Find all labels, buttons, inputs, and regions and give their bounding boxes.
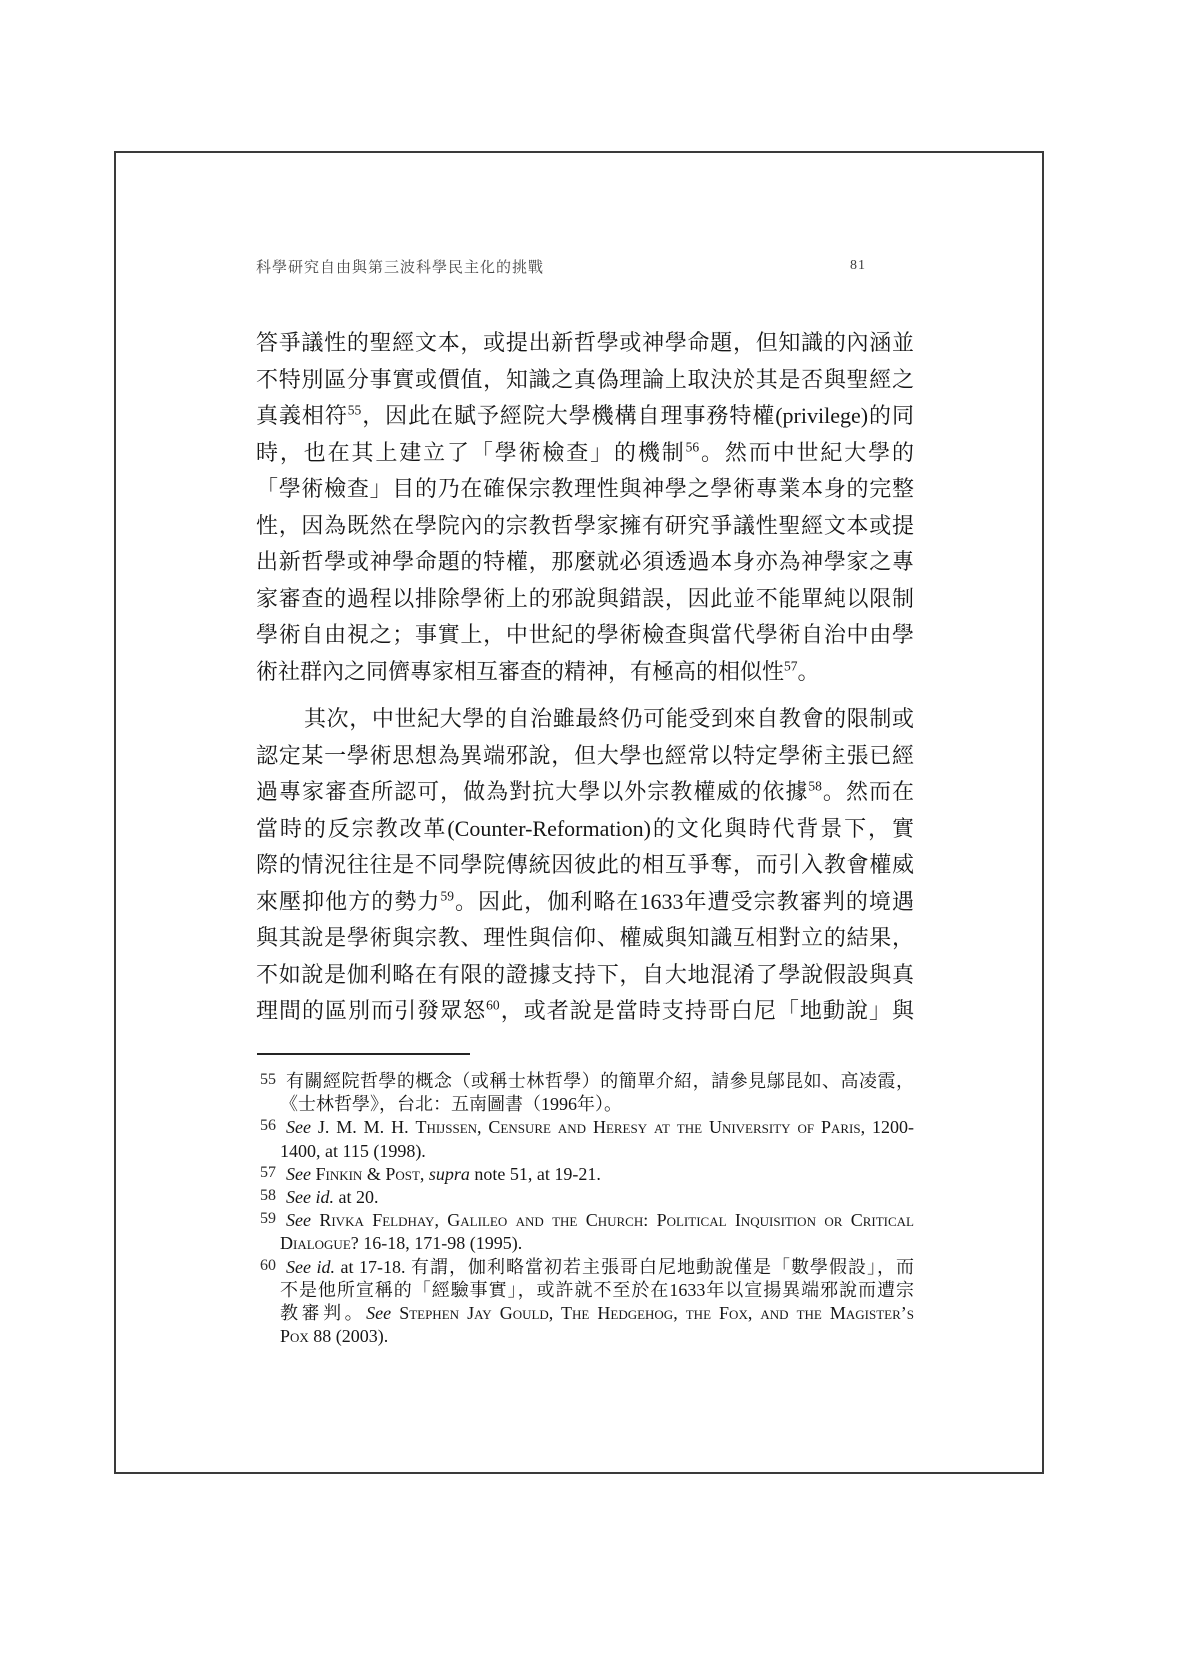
text-segment: See (366, 1303, 391, 1323)
footnote-line: 1400, at 115 (1998). (280, 1140, 914, 1163)
text-segment: 年遭受宗教審判的境遇 (683, 889, 914, 914)
text-segment: 「學術檢查」目的乃在確保宗教理性與神學之學術專業本身的完整 (256, 476, 914, 501)
footnote-number: 56 (260, 1117, 276, 1135)
footnote-line: See J. M. M. H. Thijssen, Censure and He… (280, 1116, 914, 1139)
text-segment: 有關經院哲學的概念（或稱士林哲學）的簡單介紹，請參見鄔昆如、高凌霞， (286, 1071, 914, 1091)
body-line: 「學術檢查」目的乃在確保宗教理性與神學之學術專業本身的完整 (256, 471, 914, 508)
body-line: 不特別區分事實或價值，知識之真偽理論上取決於其是否與聖經之 (256, 362, 914, 399)
text-segment: 。因此，伽利略在 (454, 889, 640, 914)
text-segment: 的同 (868, 403, 914, 428)
text-segment: at 17-18. (335, 1257, 411, 1277)
text-segment: 教審判。 (280, 1303, 366, 1323)
body-line: 術社群內之同儕專家相互審查的精神，有極高的相似性57。 (256, 654, 914, 691)
text-segment: See (286, 1164, 311, 1184)
footnote-number: 59 (260, 1210, 276, 1228)
text-segment: See id. (286, 1257, 335, 1277)
footnote-separator (257, 1053, 470, 1055)
text-segment: 時，也在其上建立了「學術檢查」的機制 (256, 440, 686, 465)
body-line: 出新哲學或神學命題的特權，那麼就必須透過本身亦為神學家之專 (256, 544, 914, 581)
body-line: 來壓抑他方的勢力59。因此，伽利略在1633年遭受宗教審判的境遇 (256, 884, 914, 921)
text-segment: 學術自由視之；事實上，中世紀的學術檢查與當代學術自治中由學 (256, 622, 914, 647)
footnote-ref: 58 (808, 779, 822, 794)
text-segment: 認定某一學術思想為異端邪說，但大學也經常以特定學術主張已經 (256, 743, 914, 768)
footnote-number: 58 (260, 1187, 276, 1205)
text-segment: 真義相符 (256, 403, 348, 428)
text-segment: (privilege) (775, 403, 868, 428)
text-segment: at 20. (334, 1187, 379, 1207)
text-segment: Rivka Feldhay, Galileo and the Church: P… (319, 1210, 914, 1230)
footnote-line: Dialogue? 16-18, 171-98 (1995). (280, 1232, 914, 1255)
text-segment: 來壓抑他方的勢力 (256, 889, 440, 914)
text-segment: 年以宣揚異端邪說而遭宗 (705, 1280, 914, 1300)
text-segment: 與其說是學術與宗教、理性與信仰、權威與知識互相對立的結果， (256, 925, 914, 950)
text-segment: 年）。 (577, 1094, 622, 1114)
footnote-line: 《士林哲學》，台北：五南圖書（1996年）。 (280, 1093, 914, 1116)
text-segment: 答爭議性的聖經文本，或提出新哲學或神學命題，但知識的內涵並 (256, 330, 914, 355)
footnote-item: 59See Rivka Feldhay, Galileo and the Chu… (258, 1209, 914, 1255)
body-line: 時，也在其上建立了「學術檢查」的機制56。然而中世紀大學的 (256, 435, 914, 472)
text-segment: 1633 (639, 889, 683, 914)
text-segment: 家審查的過程以排除學術上的邪說與錯誤，因此並不能單純以限制 (256, 586, 914, 611)
footnote-ref: 55 (348, 403, 362, 418)
body-line: 學術自由視之；事實上，中世紀的學術檢查與當代學術自治中由學 (256, 617, 914, 654)
text-segment: See (286, 1210, 311, 1230)
text-segment: 不是他所宣稱的「經驗事實」，或許就不至於在 (280, 1280, 669, 1300)
footnote-line: See id. at 17-18. 有謂，伽利略當初若主張哥白尼地動說僅是「數學… (280, 1256, 914, 1279)
body-line: 性，因為既然在學院內的宗教哲學家擁有研究爭議性聖經文本或提 (256, 508, 914, 545)
footnote-item: 57See Finkin & Post, supra note 51, at 1… (258, 1163, 914, 1186)
text-segment: 出新哲學或神學命題的特權，那麼就必須透過本身亦為神學家之專 (256, 549, 914, 574)
text-segment: 不特別區分事實或價值，知識之真偽理論上取決於其是否與聖經之 (256, 367, 914, 392)
footnote-line: 教審判。See Stephen Jay Gould, The Hedgehog,… (280, 1302, 914, 1325)
text-segment: Thijssen, Censure and Heresy at the Univ… (415, 1117, 860, 1137)
footnote-item: 58See id. at 20. (258, 1186, 914, 1209)
body-line: 理間的區別而引發眾怒60，或者說是當時支持哥白尼「地動說」與 (256, 993, 914, 1030)
footnote-ref: 56 (686, 439, 700, 454)
footnotes: 55有關經院哲學的概念（或稱士林哲學）的簡單介紹，請參見鄔昆如、高凌霞，《士林哲… (258, 1070, 914, 1348)
body-line: 不如說是伽利略在有限的證據支持下，自大地混淆了學說假設與真 (256, 957, 914, 994)
body-line: 家審查的過程以排除學術上的邪說與錯誤，因此並不能單純以限制 (256, 581, 914, 618)
footnote-line: 有關經院哲學的概念（或稱士林哲學）的簡單介紹，請參見鄔昆如、高凌霞， (280, 1070, 914, 1093)
text-segment: 。 (798, 659, 820, 684)
text-segment: Stephen Jay Gould, The Hedgehog, the Fox… (399, 1303, 914, 1323)
text-segment: (Counter-Reformation) (447, 816, 651, 841)
text-segment: 理間的區別而引發眾怒 (256, 998, 486, 1023)
text-segment: 《士林哲學》，台北：五南圖書（ (280, 1094, 541, 1114)
text-segment: 1400, at 115 (1998). (280, 1141, 426, 1161)
footnote-line: See Rivka Feldhay, Galileo and the Churc… (280, 1209, 914, 1232)
body-paragraph: 答爭議性的聖經文本，或提出新哲學或神學命題，但知識的內涵並不特別區分事實或價值，… (256, 325, 914, 690)
text-segment: 。然而中世紀大學的 (699, 440, 914, 465)
text-segment: 。然而在 (822, 779, 914, 804)
footnote-ref: 57 (784, 658, 798, 673)
text-segment: ，因此在賦予經院大學機構自理事務特權 (361, 403, 775, 428)
footnote-ref: 60 (486, 998, 500, 1013)
text-segment: 性，因為既然在學院內的宗教哲學家擁有研究爭議性聖經文本或提 (256, 513, 914, 538)
text-segment: ，或者說是當時支持哥白尼「地動說」與 (500, 998, 914, 1023)
footnote-number: 57 (260, 1164, 276, 1182)
text-segment: 16-18, 171-98 (1995). (359, 1233, 522, 1253)
footnote-item: 60See id. at 17-18. 有謂，伽利略當初若主張哥白尼地動說僅是「… (258, 1256, 914, 1349)
footnote-number: 55 (260, 1071, 276, 1089)
text-segment: 過專家審查所認可，做為對抗大學以外宗教權威的依據 (256, 779, 808, 804)
text-segment: 不如說是伽利略在有限的證據支持下，自大地混淆了學說假設與真 (256, 962, 914, 987)
text-segment: 1633 (669, 1280, 705, 1300)
text-segment: 術社群內之同儕專家相互審查的精神，有極高的相似性 (256, 659, 784, 684)
footnote-line: See Finkin & Post, supra note 51, at 19-… (280, 1163, 914, 1186)
footnote-number: 60 (260, 1257, 276, 1275)
body-paragraph: 其次，中世紀大學的自治雖最終仍可能受到來自教會的限制或認定某一學術思想為異端邪說… (256, 701, 914, 1030)
running-header: 科學研究自由與第三波科學民主化的挑戰 (256, 256, 544, 277)
page-number: 81 (850, 258, 866, 274)
text-segment: 88 (2003). (309, 1326, 389, 1346)
footnote-ref: 59 (440, 888, 454, 903)
text-segment: 其次，中世紀大學的自治雖最終仍可能受到來自教會的限制或 (304, 706, 914, 731)
text-segment: 1996 (541, 1094, 577, 1114)
footnote-item: 56See J. M. M. H. Thijssen, Censure and … (258, 1116, 914, 1162)
body-line: 認定某一學術思想為異端邪說，但大學也經常以特定學術主張已經 (256, 738, 914, 775)
text-segment: J. M. M. H. (311, 1117, 415, 1137)
text-segment: 的文化與時代背景下，實 (651, 816, 914, 841)
text-segment: Dialogue? (280, 1233, 359, 1253)
body-line: 過專家審查所認可，做為對抗大學以外宗教權威的依據58。然而在 (256, 774, 914, 811)
text-segment (391, 1303, 399, 1323)
text-segment: note 51, at 19-21. (470, 1164, 601, 1184)
body-line: 答爭議性的聖經文本，或提出新哲學或神學命題，但知識的內涵並 (256, 325, 914, 362)
body-line: 其次，中世紀大學的自治雖最終仍可能受到來自教會的限制或 (256, 701, 914, 738)
text-segment: supra (429, 1164, 470, 1184)
body-line: 真義相符55，因此在賦予經院大學機構自理事務特權(privilege)的同 (256, 398, 914, 435)
body-line: 與其說是學術與宗教、理性與信仰、權威與知識互相對立的結果， (256, 920, 914, 957)
text-segment: 當時的反宗教改革 (256, 816, 447, 841)
footnote-line: Pox 88 (2003). (280, 1325, 914, 1348)
page-canvas: 科學研究自由與第三波科學民主化的挑戰 81 答爭議性的聖經文本，或提出新哲學或神… (0, 0, 1177, 1664)
text-segment: Pox (280, 1326, 309, 1346)
text-segment: See (286, 1117, 311, 1137)
text-segment: , (420, 1164, 429, 1184)
body-line: 當時的反宗教改革(Counter-Reformation)的文化與時代背景下，實 (256, 811, 914, 848)
text-segment: Finkin & Post (315, 1164, 419, 1184)
text-segment: See id. (286, 1187, 334, 1207)
footnote-line: 不是他所宣稱的「經驗事實」，或許就不至於在1633年以宣揚異端邪說而遭宗 (280, 1279, 914, 1302)
text-segment: 有謂，伽利略當初若主張哥白尼地動說僅是「數學假設」，而 (411, 1257, 914, 1277)
footnote-item: 55有關經院哲學的概念（或稱士林哲學）的簡單介紹，請參見鄔昆如、高凌霞，《士林哲… (258, 1070, 914, 1116)
text-segment: , 1200- (861, 1117, 914, 1137)
body-line: 際的情況往往是不同學院傳統因彼此的相互爭奪，而引入教會權威 (256, 847, 914, 884)
text-segment: 際的情況往往是不同學院傳統因彼此的相互爭奪，而引入教會權威 (256, 852, 914, 877)
footnote-line: See id. at 20. (280, 1186, 914, 1209)
